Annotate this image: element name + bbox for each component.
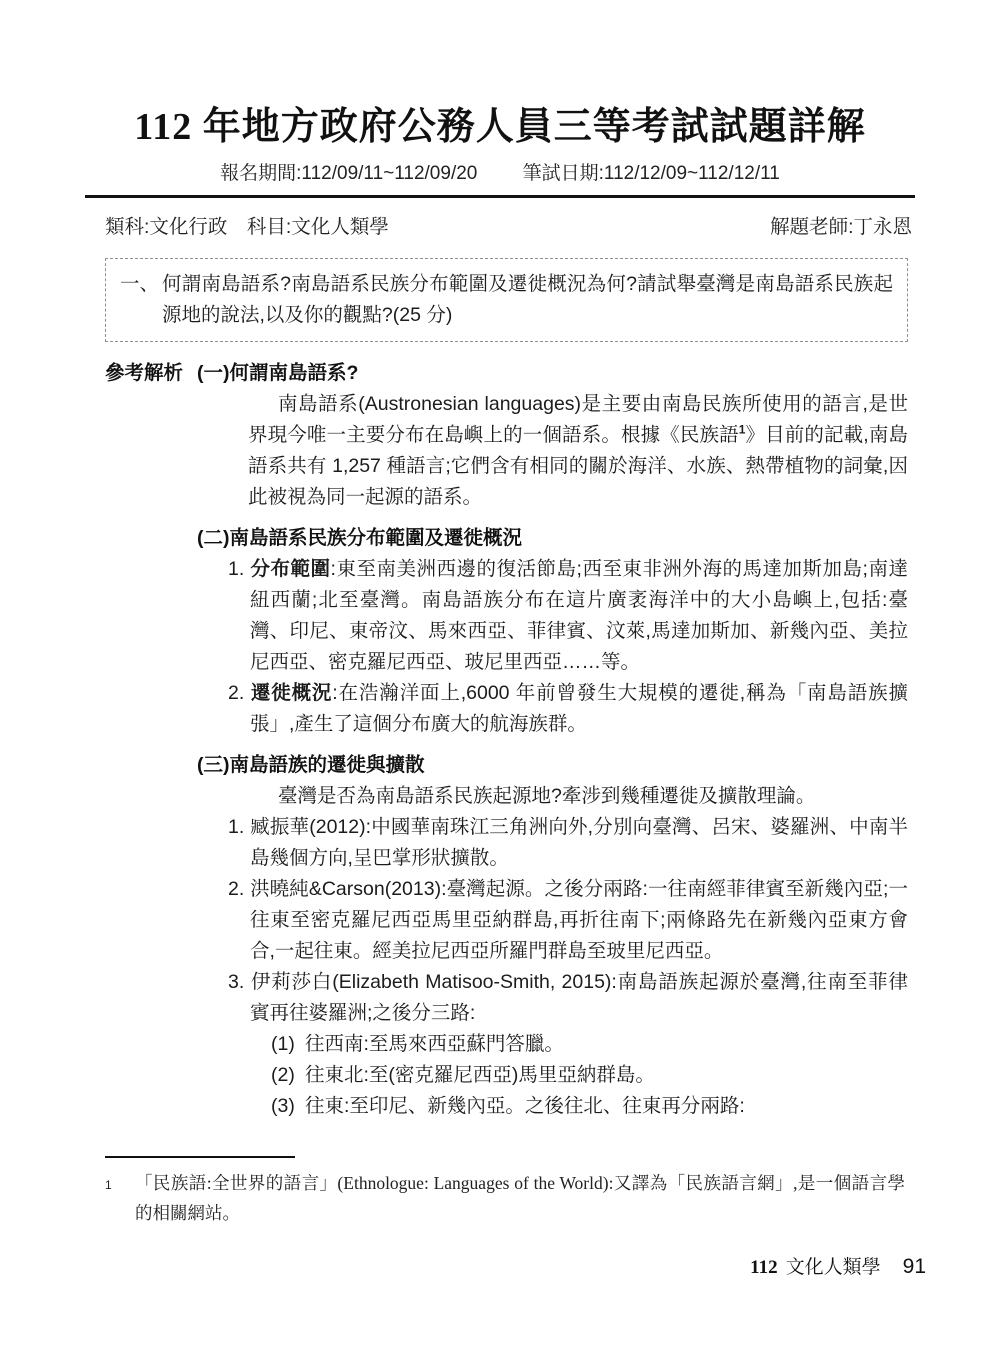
page-title: 112 年地方政府公務人員三等考試試題詳解 bbox=[0, 0, 1000, 150]
category-subject: 類科:文化行政 科目:文化人類學 bbox=[105, 214, 389, 240]
item-text: 臧振華(2012):中國華南珠江三角洲向外,分別向臺灣、呂宋、婆羅洲、中南半島幾… bbox=[250, 816, 908, 869]
item-number: 3. bbox=[228, 967, 250, 998]
item-number: 1. bbox=[228, 554, 250, 585]
question-text: 何謂南島語系?南島語系民族分布範圍及遷徙概況為何?請試舉臺灣是南島語系民族起源地… bbox=[162, 269, 893, 331]
header-divider bbox=[85, 195, 915, 198]
document-page: 112 年地方政府公務人員三等考試試題詳解 報名期間:112/09/11~112… bbox=[0, 0, 1000, 1353]
item-text: 洪曉純&Carson(2013):臺灣起源。之後分兩路:一往南經菲律賓至新幾內亞… bbox=[250, 878, 908, 962]
sub-item-number: (2) bbox=[271, 1060, 305, 1091]
sub-item-text: 往東:至印尼、新幾內亞。之後往北、往東再分兩路: bbox=[305, 1095, 745, 1117]
footnote-marker: 1 bbox=[105, 1168, 135, 1228]
footer-exam-code: 112 bbox=[750, 1257, 777, 1279]
sub-item-number: (1) bbox=[271, 1029, 305, 1060]
answer-label: 參考解析 bbox=[105, 358, 197, 1122]
item-term: 遷徙概況 bbox=[250, 682, 332, 704]
question-number: 一、 bbox=[120, 269, 162, 331]
list-item: 1.分布範圍:東至南美洲西邊的復活節島;西至東非洲外海的馬達加斯加島;南達紐西蘭… bbox=[228, 554, 908, 678]
solver-teacher: 解題老師:丁永恩 bbox=[770, 214, 912, 240]
item-number: 2. bbox=[228, 678, 250, 709]
list-item: 2.洪曉純&Carson(2013):臺灣起源。之後分兩路:一往南經菲律賓至新幾… bbox=[228, 874, 908, 967]
sub-item-text: 往東北:至(密克羅尼西亞)馬里亞納群島。 bbox=[305, 1064, 655, 1086]
item-text: :東至南美洲西邊的復活節島;西至東非洲外海的馬達加斯加島;南達紐西蘭;北至臺灣。… bbox=[250, 558, 908, 673]
list-item: 3.伊莉莎白(Elizabeth Matisoo-Smith, 2015):南島… bbox=[228, 967, 908, 1029]
page-number: 91 bbox=[903, 1255, 926, 1279]
section-3-intro: 臺灣是否為南島語系民族起源地?牽涉到幾種遷徙及擴散理論。 bbox=[248, 781, 908, 812]
list-item: 1.臧振華(2012):中國華南珠江三角洲向外,分別向臺灣、呂宋、婆羅洲、中南半… bbox=[228, 812, 908, 874]
item-text: :在浩瀚洋面上,6000 年前曾發生大規模的遷徙,稱為「南島語族擴張」,產生了這… bbox=[250, 682, 908, 735]
section-2-heading: (二)南島語系民族分布範圍及遷徙概況 bbox=[197, 523, 908, 554]
sub-list-item: (3)往東:至印尼、新幾內亞。之後往北、往東再分兩路: bbox=[271, 1091, 908, 1122]
registration-period: 報名期間:112/09/11~112/09/20 bbox=[220, 163, 477, 184]
footnote: 1 「民族語:全世界的語言」(Ethnologue: Languages of … bbox=[105, 1168, 905, 1228]
footnote-text: 「民族語:全世界的語言」(Ethnologue: Languages of th… bbox=[135, 1168, 905, 1228]
footer-subject: 文化人類學 bbox=[786, 1252, 881, 1279]
item-text: 伊莉莎白(Elizabeth Matisoo-Smith, 2015):南島語族… bbox=[250, 971, 908, 1024]
section-1-paragraph: 南島語系(Austronesian languages)是主要由南島民族所使用的… bbox=[248, 389, 908, 513]
sub-item-text: 往西南:至馬來西亞蘇門答臘。 bbox=[305, 1033, 564, 1055]
exam-info-row: 類科:文化行政 科目:文化人類學 解題老師:丁永恩 bbox=[105, 214, 912, 240]
sub-list-item: (1)往西南:至馬來西亞蘇門答臘。 bbox=[271, 1029, 908, 1060]
item-number: 1. bbox=[228, 812, 250, 843]
exam-dates-line: 報名期間:112/09/11~112/09/20 筆試日期:112/12/09~… bbox=[0, 162, 1000, 186]
item-number: 2. bbox=[228, 874, 250, 905]
section-1-heading: (一)何謂南島語系? bbox=[197, 358, 908, 389]
answer-content: (一)何謂南島語系? 南島語系(Austronesian languages)是… bbox=[197, 358, 908, 1122]
page-footer: 112 文化人類學 91 bbox=[750, 1252, 926, 1279]
item-term: 分布範圍 bbox=[250, 558, 331, 580]
section-3-heading: (三)南島語族的遷徙與擴散 bbox=[197, 750, 908, 781]
answer-section: 參考解析 (一)何謂南島語系? 南島語系(Austronesian langua… bbox=[105, 358, 908, 1122]
question-box: 一、 何謂南島語系?南島語系民族分布範圍及遷徙概況為何?請試舉臺灣是南島語系民族… bbox=[105, 258, 908, 342]
written-exam-date: 筆試日期:112/12/09~112/12/11 bbox=[523, 163, 780, 184]
footnote-divider bbox=[105, 1156, 295, 1158]
list-item: 2.遷徙概況:在浩瀚洋面上,6000 年前曾發生大規模的遷徙,稱為「南島語族擴張… bbox=[228, 678, 908, 740]
footnote-block: 1 「民族語:全世界的語言」(Ethnologue: Languages of … bbox=[105, 1156, 905, 1228]
sub-list-item: (2)往東北:至(密克羅尼西亞)馬里亞納群島。 bbox=[271, 1060, 908, 1091]
sub-item-number: (3) bbox=[271, 1091, 305, 1122]
